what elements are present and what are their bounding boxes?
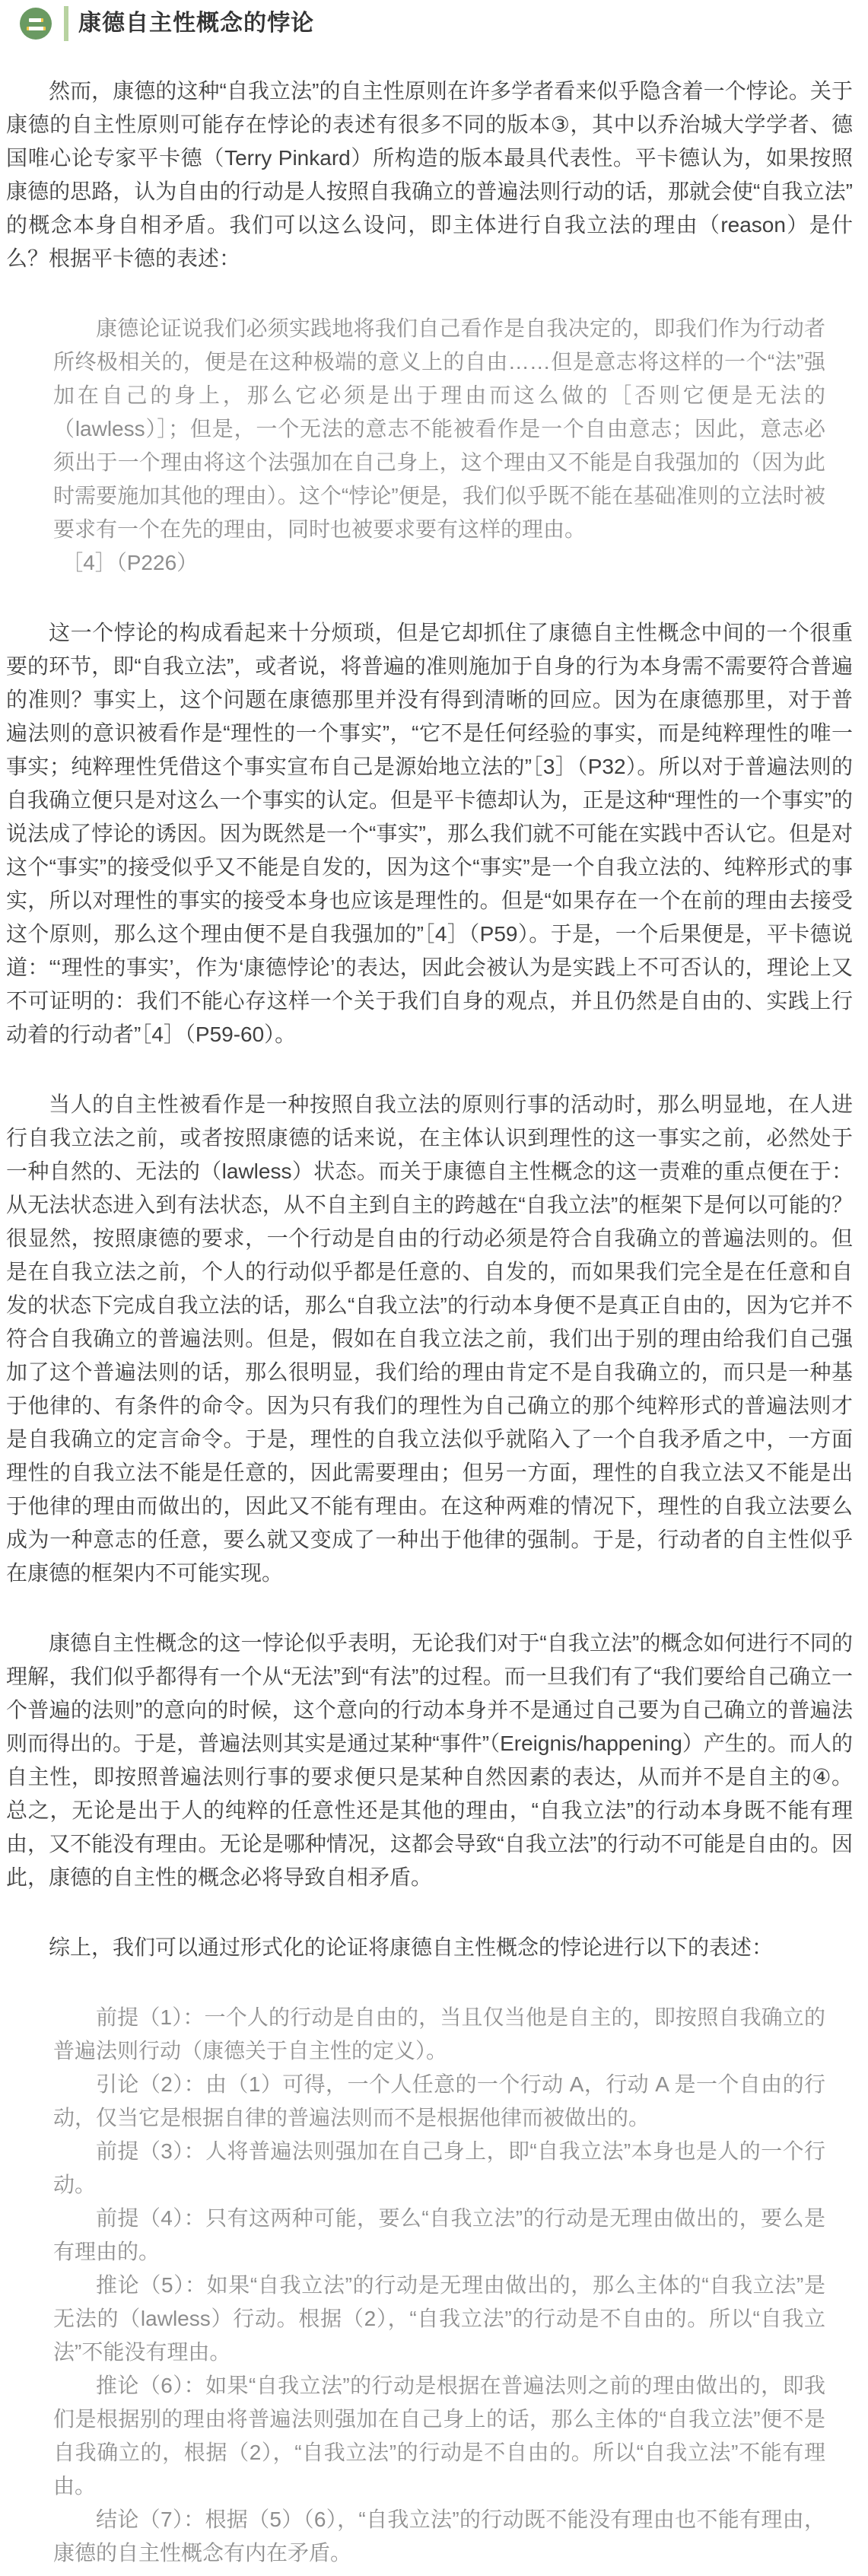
premise-item-3: 前提（3）：人将普遍法则强加在自己身上，即“自我立法”本身也是人的一个行动。	[53, 2135, 825, 2202]
icon-bar-top	[29, 18, 43, 22]
section-title: 康德自主性概念的悖论	[78, 6, 314, 41]
premise-item-7: 结论（7）：根据（5）（6），“自我立法”的行动既不能没有理由也不能有理由，康德…	[53, 2503, 825, 2570]
paragraph-intro: 然而，康德的这种“自我立法”的自主性原则在许多学者看来似乎隐含着一个悖论。关于康…	[6, 75, 853, 275]
article-body: 然而，康德的这种“自我立法”的自主性原则在许多学者看来似乎隐含着一个悖论。关于康…	[0, 75, 868, 2576]
premise-item-1: 前提（1）：一个人的行动是自由的，当且仅当他是自主的，即按照自我确立的普遍法则行…	[53, 2001, 825, 2068]
quote-text: 康德论证说我们必须实践地将我们自己看作是自我决定的，即我们作为行动者所终极相关的…	[53, 312, 825, 546]
quote-citation: ［4］（P226）	[53, 546, 825, 580]
section-header: 康德自主性概念的悖论	[0, 0, 868, 43]
blockquote-pinkard: 康德论证说我们必须实践地将我们自己看作是自我决定的，即我们作为行动者所终极相关的…	[53, 312, 825, 580]
title-accent-bar	[64, 6, 68, 41]
premise-item-6: 推论（6）：如果“自我立法”的行动是根据在普遍法则之前的理由做出的，即我们是根据…	[53, 2369, 825, 2503]
premise-item-5: 推论（5）：如果“自我立法”的行动是无理由做出的，那么主体的“自我立法”是无法的…	[53, 2269, 825, 2369]
premise-item-4: 前提（4）：只有这两种可能，要么“自我立法”的行动是无理由做出的，要么是有理由的…	[53, 2202, 825, 2269]
paragraph-fact-of-reason: 这一个悖论的构成看起来十分烦琐，但是它却抓住了康德自主性概念中间的一个很重要的环…	[6, 616, 853, 1051]
article-page: 康德自主性概念的悖论 然而，康德的这种“自我立法”的自主性原则在许多学者看来似乎…	[0, 0, 868, 2576]
icon-bar-bottom	[27, 27, 46, 30]
paragraph-summary-lead: 综上，我们可以通过形式化的论证将康德自主性概念的悖论进行以下的表述：	[6, 1931, 853, 1964]
premise-item-2: 引论（2）：由（1）可得，一个人任意的一个行动 A，行动 A 是一个自由的行动，…	[53, 2068, 825, 2135]
section-number-icon	[20, 8, 52, 40]
paragraph-lawless-state: 当人的自主性被看作是一种按照自我立法的原则行事的活动时，那么明显地，在人进行自我…	[6, 1088, 853, 1590]
formal-argument-list: 前提（1）：一个人的行动是自由的，当且仅当他是自主的，即按照自我确立的普遍法则行…	[53, 2001, 825, 2570]
paragraph-ereignis: 康德自主性概念的这一悖论似乎表明，无论我们对于“自我立法”的概念如何进行不同的理…	[6, 1627, 853, 1894]
